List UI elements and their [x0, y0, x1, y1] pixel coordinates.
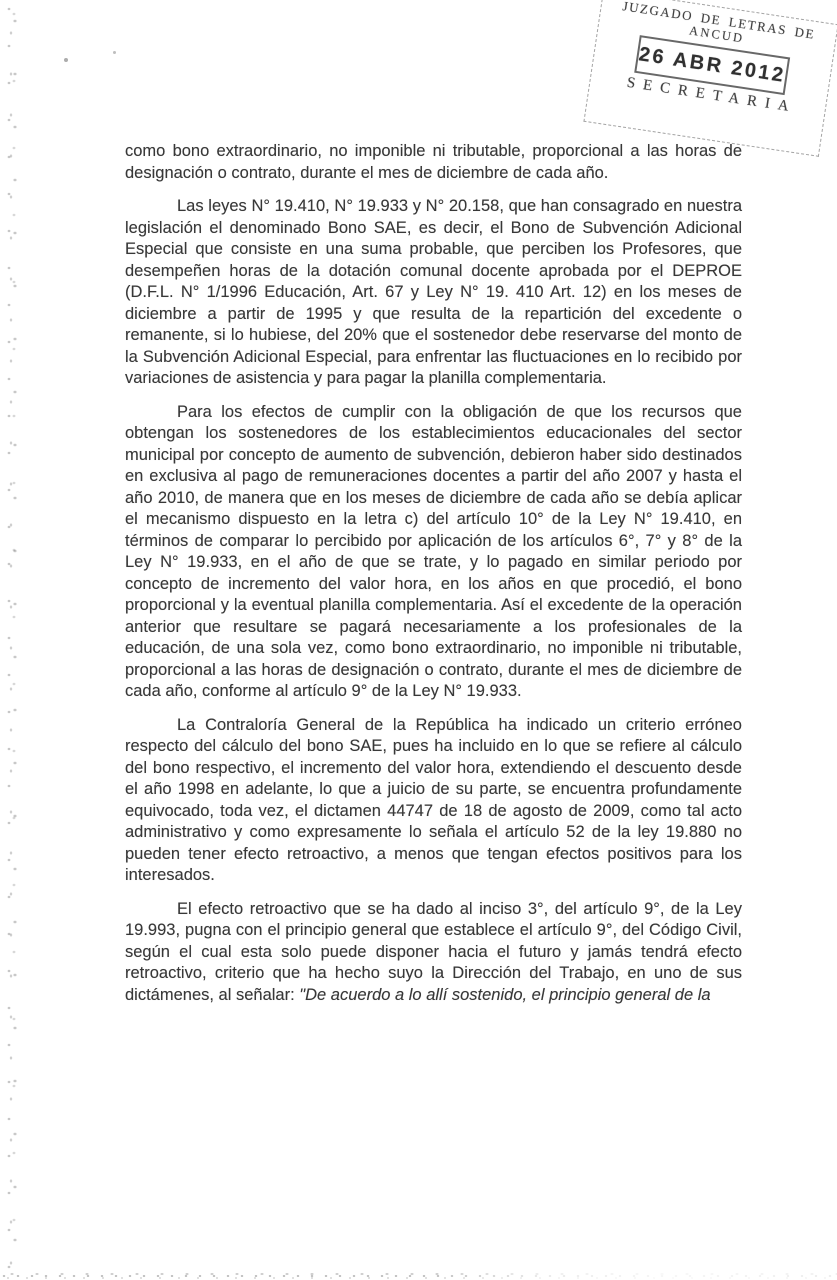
- bottom-edge-scan-noise: [0, 1270, 837, 1280]
- paragraph-efectos-obligacion: Para los efectos de cumplir con la oblig…: [125, 402, 742, 703]
- paragraph-quoted-dictamen: "De acuerdo a lo allí sostenido, el prin…: [299, 986, 710, 1004]
- scan-speck: [113, 51, 116, 54]
- left-edge-scan-artifacts: [2, 0, 22, 1274]
- paragraph-leyes-bono-sae: Las leyes N° 19.410, N° 19.933 y N° 20.1…: [125, 196, 742, 390]
- scanned-page: JUZGADO DE LETRAS DE ANCUD 26 ABR 2012 S…: [0, 0, 837, 1280]
- paragraph-contraloria: La Contraloría General de la República h…: [125, 715, 742, 887]
- paragraph-efecto-retroactivo: El efecto retroactivo que se ha dado al …: [125, 899, 742, 1007]
- court-stamp: JUZGADO DE LETRAS DE ANCUD 26 ABR 2012 S…: [583, 0, 837, 157]
- scan-speck: [64, 58, 68, 62]
- document-body: como bono extraordinario, no imponible n…: [125, 141, 742, 1018]
- paragraph-continuation: como bono extraordinario, no imponible n…: [125, 141, 742, 184]
